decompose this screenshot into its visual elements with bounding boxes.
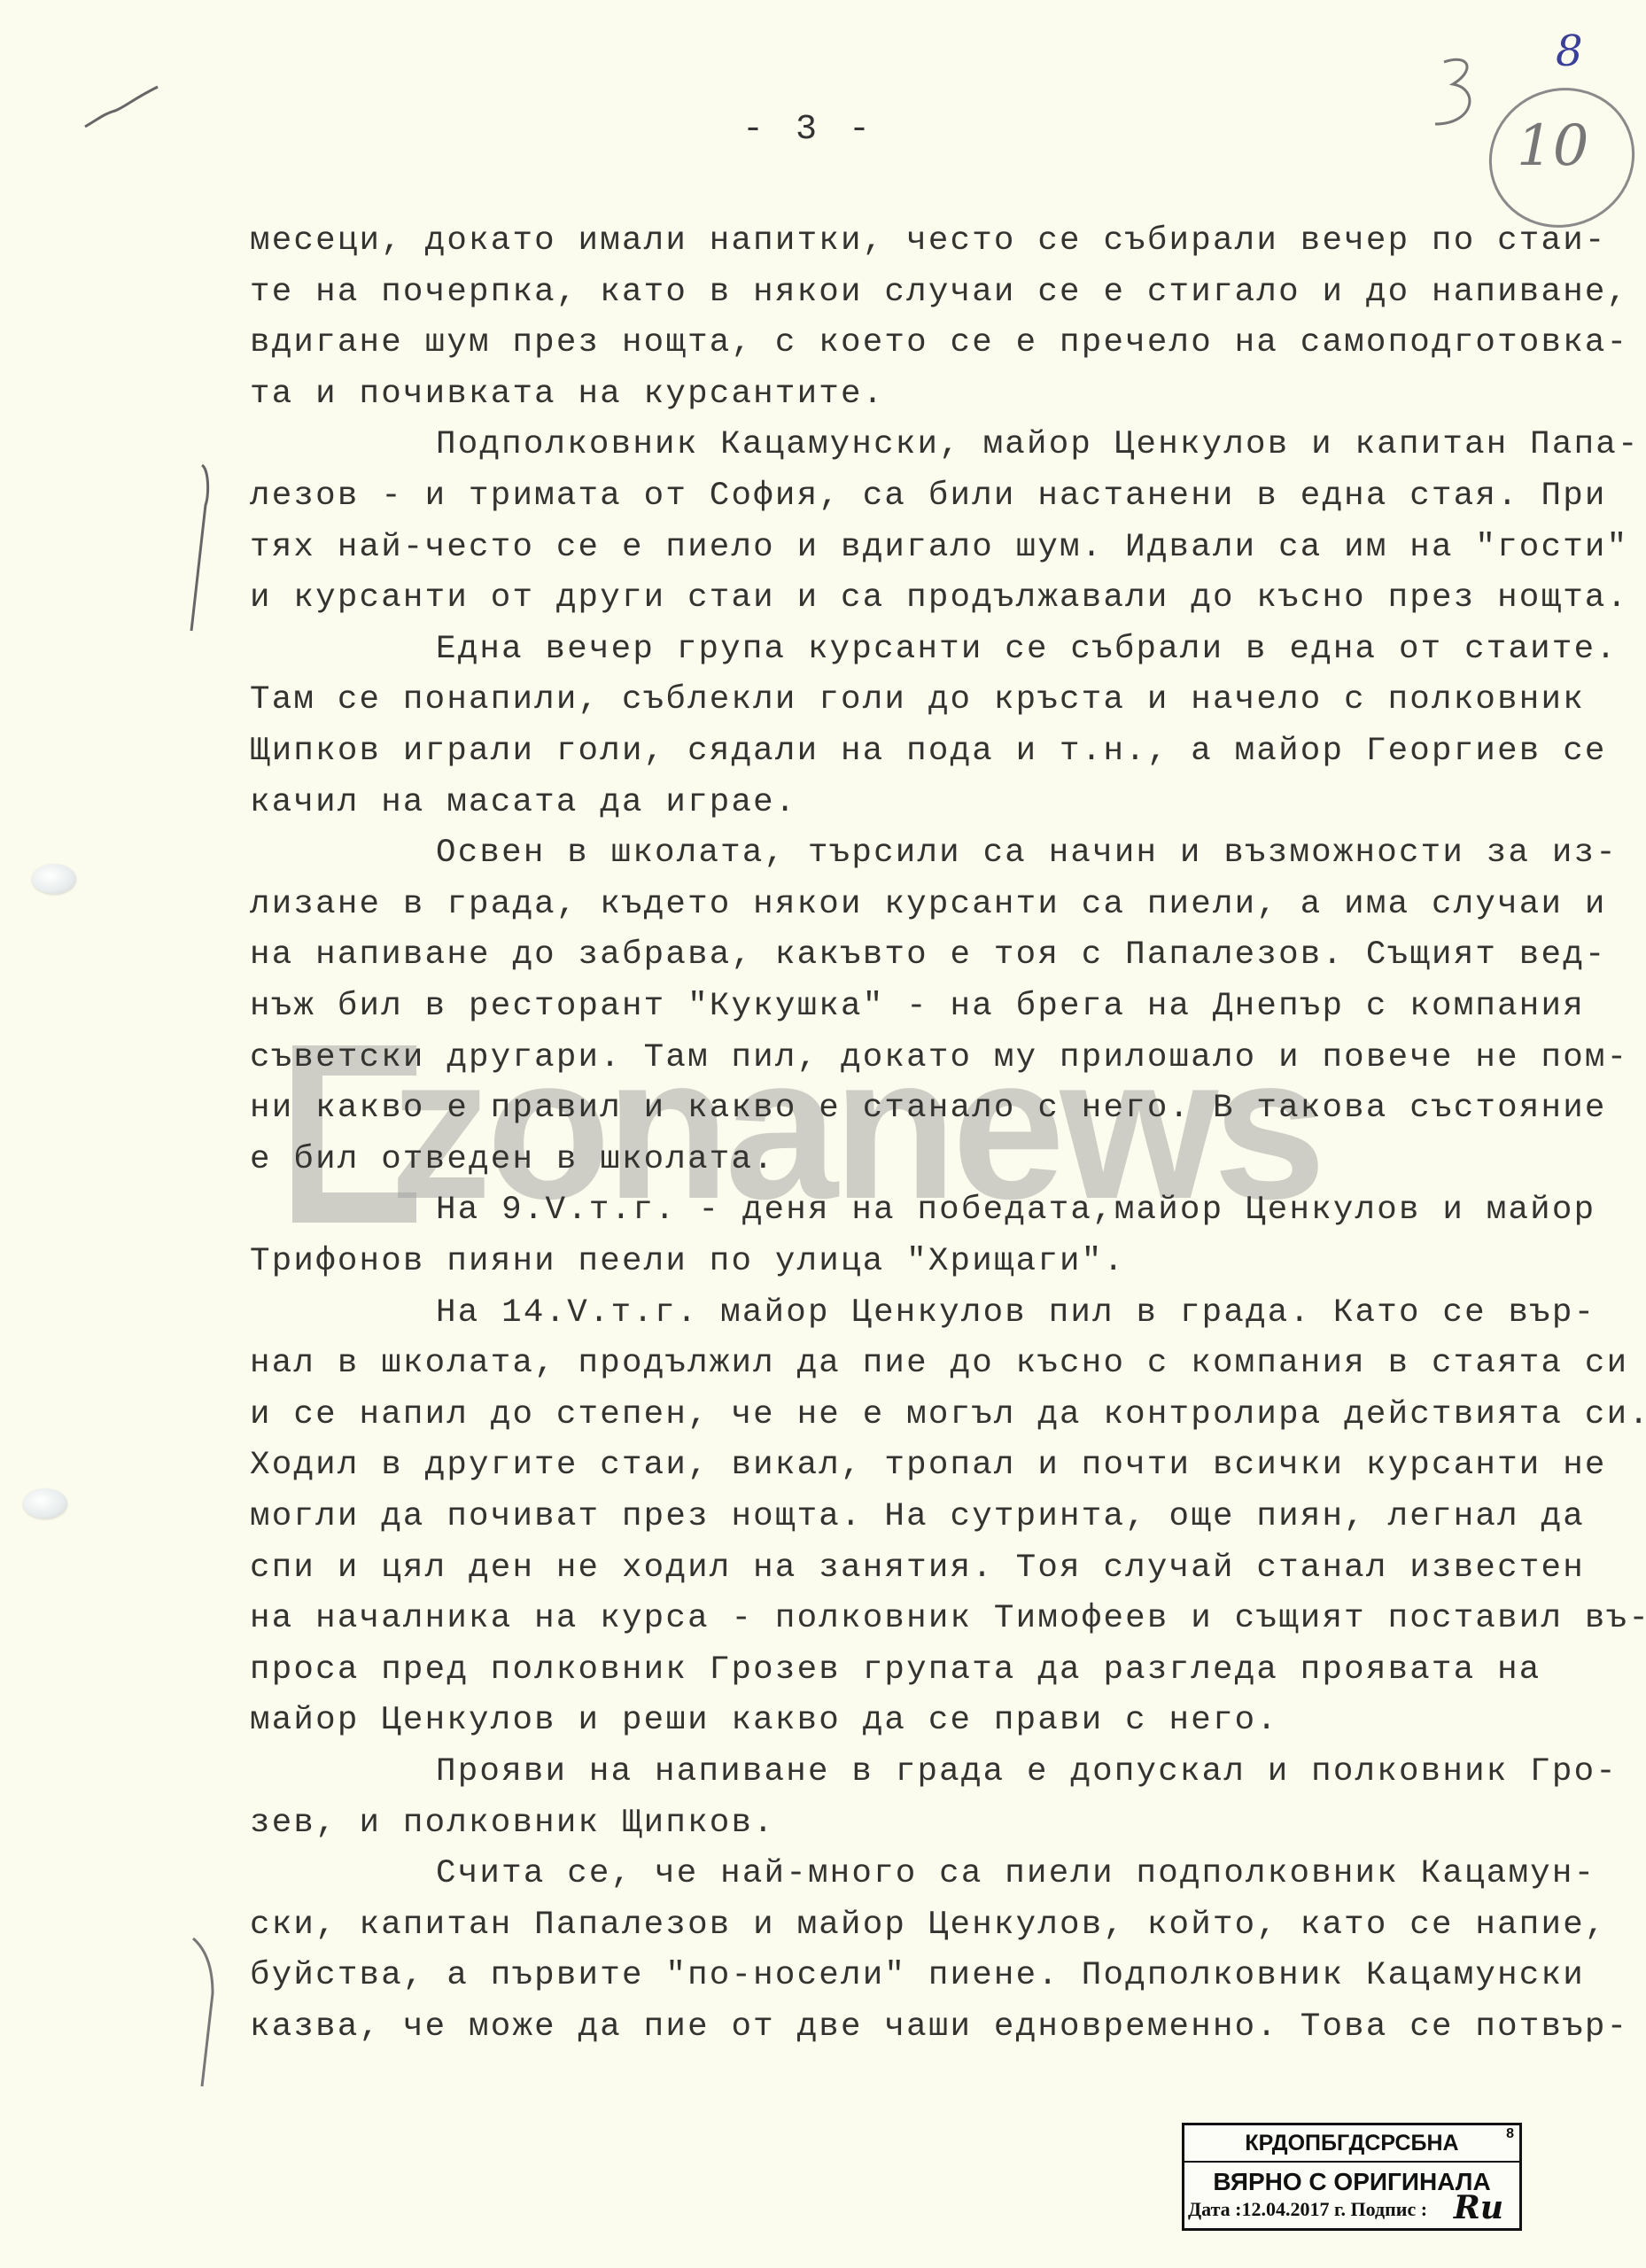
text-line: спи и цял ден не ходил на занятия. Тоя с…: [250, 1542, 1585, 1594]
text-line: зев, и полковник Щипков.: [250, 1798, 775, 1849]
text-line: могли да почиват през нощта. На сутринта…: [250, 1491, 1585, 1542]
text-line: Една вечер група курсанти се събрали в е…: [436, 624, 1618, 675]
stamp-organization: КРДОПБГДСРСБНА 8: [1184, 2125, 1519, 2163]
text-line: майор Ценкулов и реши какво да се прави …: [250, 1695, 1278, 1746]
text-line: Щипков играли голи, сядали на пода и т.н…: [250, 726, 1607, 777]
stamp-signature: Ru: [1454, 2189, 1503, 2226]
page-number: - 3 -: [742, 110, 875, 150]
text-line: Подполковник Кацамунски, майор Ценкулов …: [436, 419, 1640, 470]
text-line: Освен в школата, търсили са начин и възм…: [436, 827, 1618, 879]
text-line: тях най-често се е пиело и вдигало шум. …: [250, 522, 1628, 573]
punch-hole: [32, 864, 76, 894]
text-line: проса пред полковник Грозев групата да р…: [250, 1644, 1541, 1696]
text-line: нал в школата, продължил да пие до късно…: [250, 1338, 1628, 1389]
text-line: ски, капитан Папалезов и майор Ценкулов,…: [250, 1899, 1607, 1951]
text-line: буйства, а първите "по-носели" пиене. По…: [250, 1950, 1585, 2001]
text-line: Трифонов пияни пеели по улица "Хрищаги".: [250, 1236, 1125, 1287]
text-line: ни какво е правил и какво е станало с не…: [250, 1083, 1607, 1134]
text-line: месеци, докато имали напитки, често се с…: [250, 215, 1607, 267]
text-line: Там се понапили, съблекли голи до кръста…: [250, 674, 1585, 726]
text-line: лезов - и тримата от София, са били наст…: [250, 470, 1607, 522]
text-line: Прояви на напиване в града е допускал и …: [436, 1746, 1618, 1798]
text-line: и курсанти от други стаи и са продължава…: [250, 572, 1628, 624]
stamp-date-label: Дата :: [1188, 2198, 1241, 2220]
text-line: Счита се, че най-много са пиели подполко…: [436, 1848, 1596, 1899]
text-line: е бил отведен в школата.: [250, 1134, 775, 1185]
text-line: на началника на курса - полковник Тимофе…: [250, 1593, 1646, 1644]
margin-bracket-upper: [191, 465, 208, 631]
pencil-stroke: [85, 87, 158, 127]
text-line: Ходил в другите стаи, викал, тропал и по…: [250, 1440, 1607, 1491]
text-line: та и почивката на курсантите.: [250, 369, 884, 420]
stamp-date-row: Дата :12.04.2017 г. Подпис : Ru: [1184, 2198, 1519, 2221]
stamp-signature-label: Подпис :: [1350, 2198, 1427, 2220]
text-line: На 14.V.т.г. майор Ценкулов пил в града.…: [436, 1287, 1596, 1339]
certification-stamp: КРДОПБГДСРСБНА 8 ВЯРНО С ОРИГИНАЛА Дата …: [1182, 2123, 1522, 2231]
text-line: На 9.V.т.г. - деня на победата,майор Цен…: [436, 1184, 1596, 1236]
margin-bracket-lower: [193, 1938, 213, 2086]
stamp-number: 8: [1506, 2117, 1514, 2152]
text-line: нъж бил в ресторант "Кукушка" - на брега…: [250, 981, 1585, 1032]
text-line: качил на масата да играе.: [250, 777, 797, 828]
stamp-date-value: 12.04.2017 г.: [1241, 2198, 1346, 2220]
text-line: казва, че може да пие от две чаши едновр…: [250, 2001, 1628, 2053]
text-line: съветски другари. Там пил, докато му при…: [250, 1032, 1628, 1084]
text-line: и се напил до степен, че не е могъл да к…: [250, 1389, 1646, 1441]
text-line: лизане в града, където някои курсанти са…: [250, 879, 1607, 930]
punch-hole: [23, 1488, 67, 1518]
handwritten-circled-number: 10: [1517, 113, 1588, 179]
text-line: на напиване до забрава, какъвто е тоя с …: [250, 929, 1607, 981]
text-line: те на почерпка, като в някои случаи се е…: [250, 267, 1628, 318]
stamp-org-text: КРДОПБГДСРСБНА: [1245, 2131, 1458, 2155]
handwritten-blue-number: 8: [1556, 27, 1583, 76]
handwritten-3-icon: [1435, 59, 1470, 124]
text-line: вдигане шум през нощта, с което се е пре…: [250, 317, 1628, 369]
